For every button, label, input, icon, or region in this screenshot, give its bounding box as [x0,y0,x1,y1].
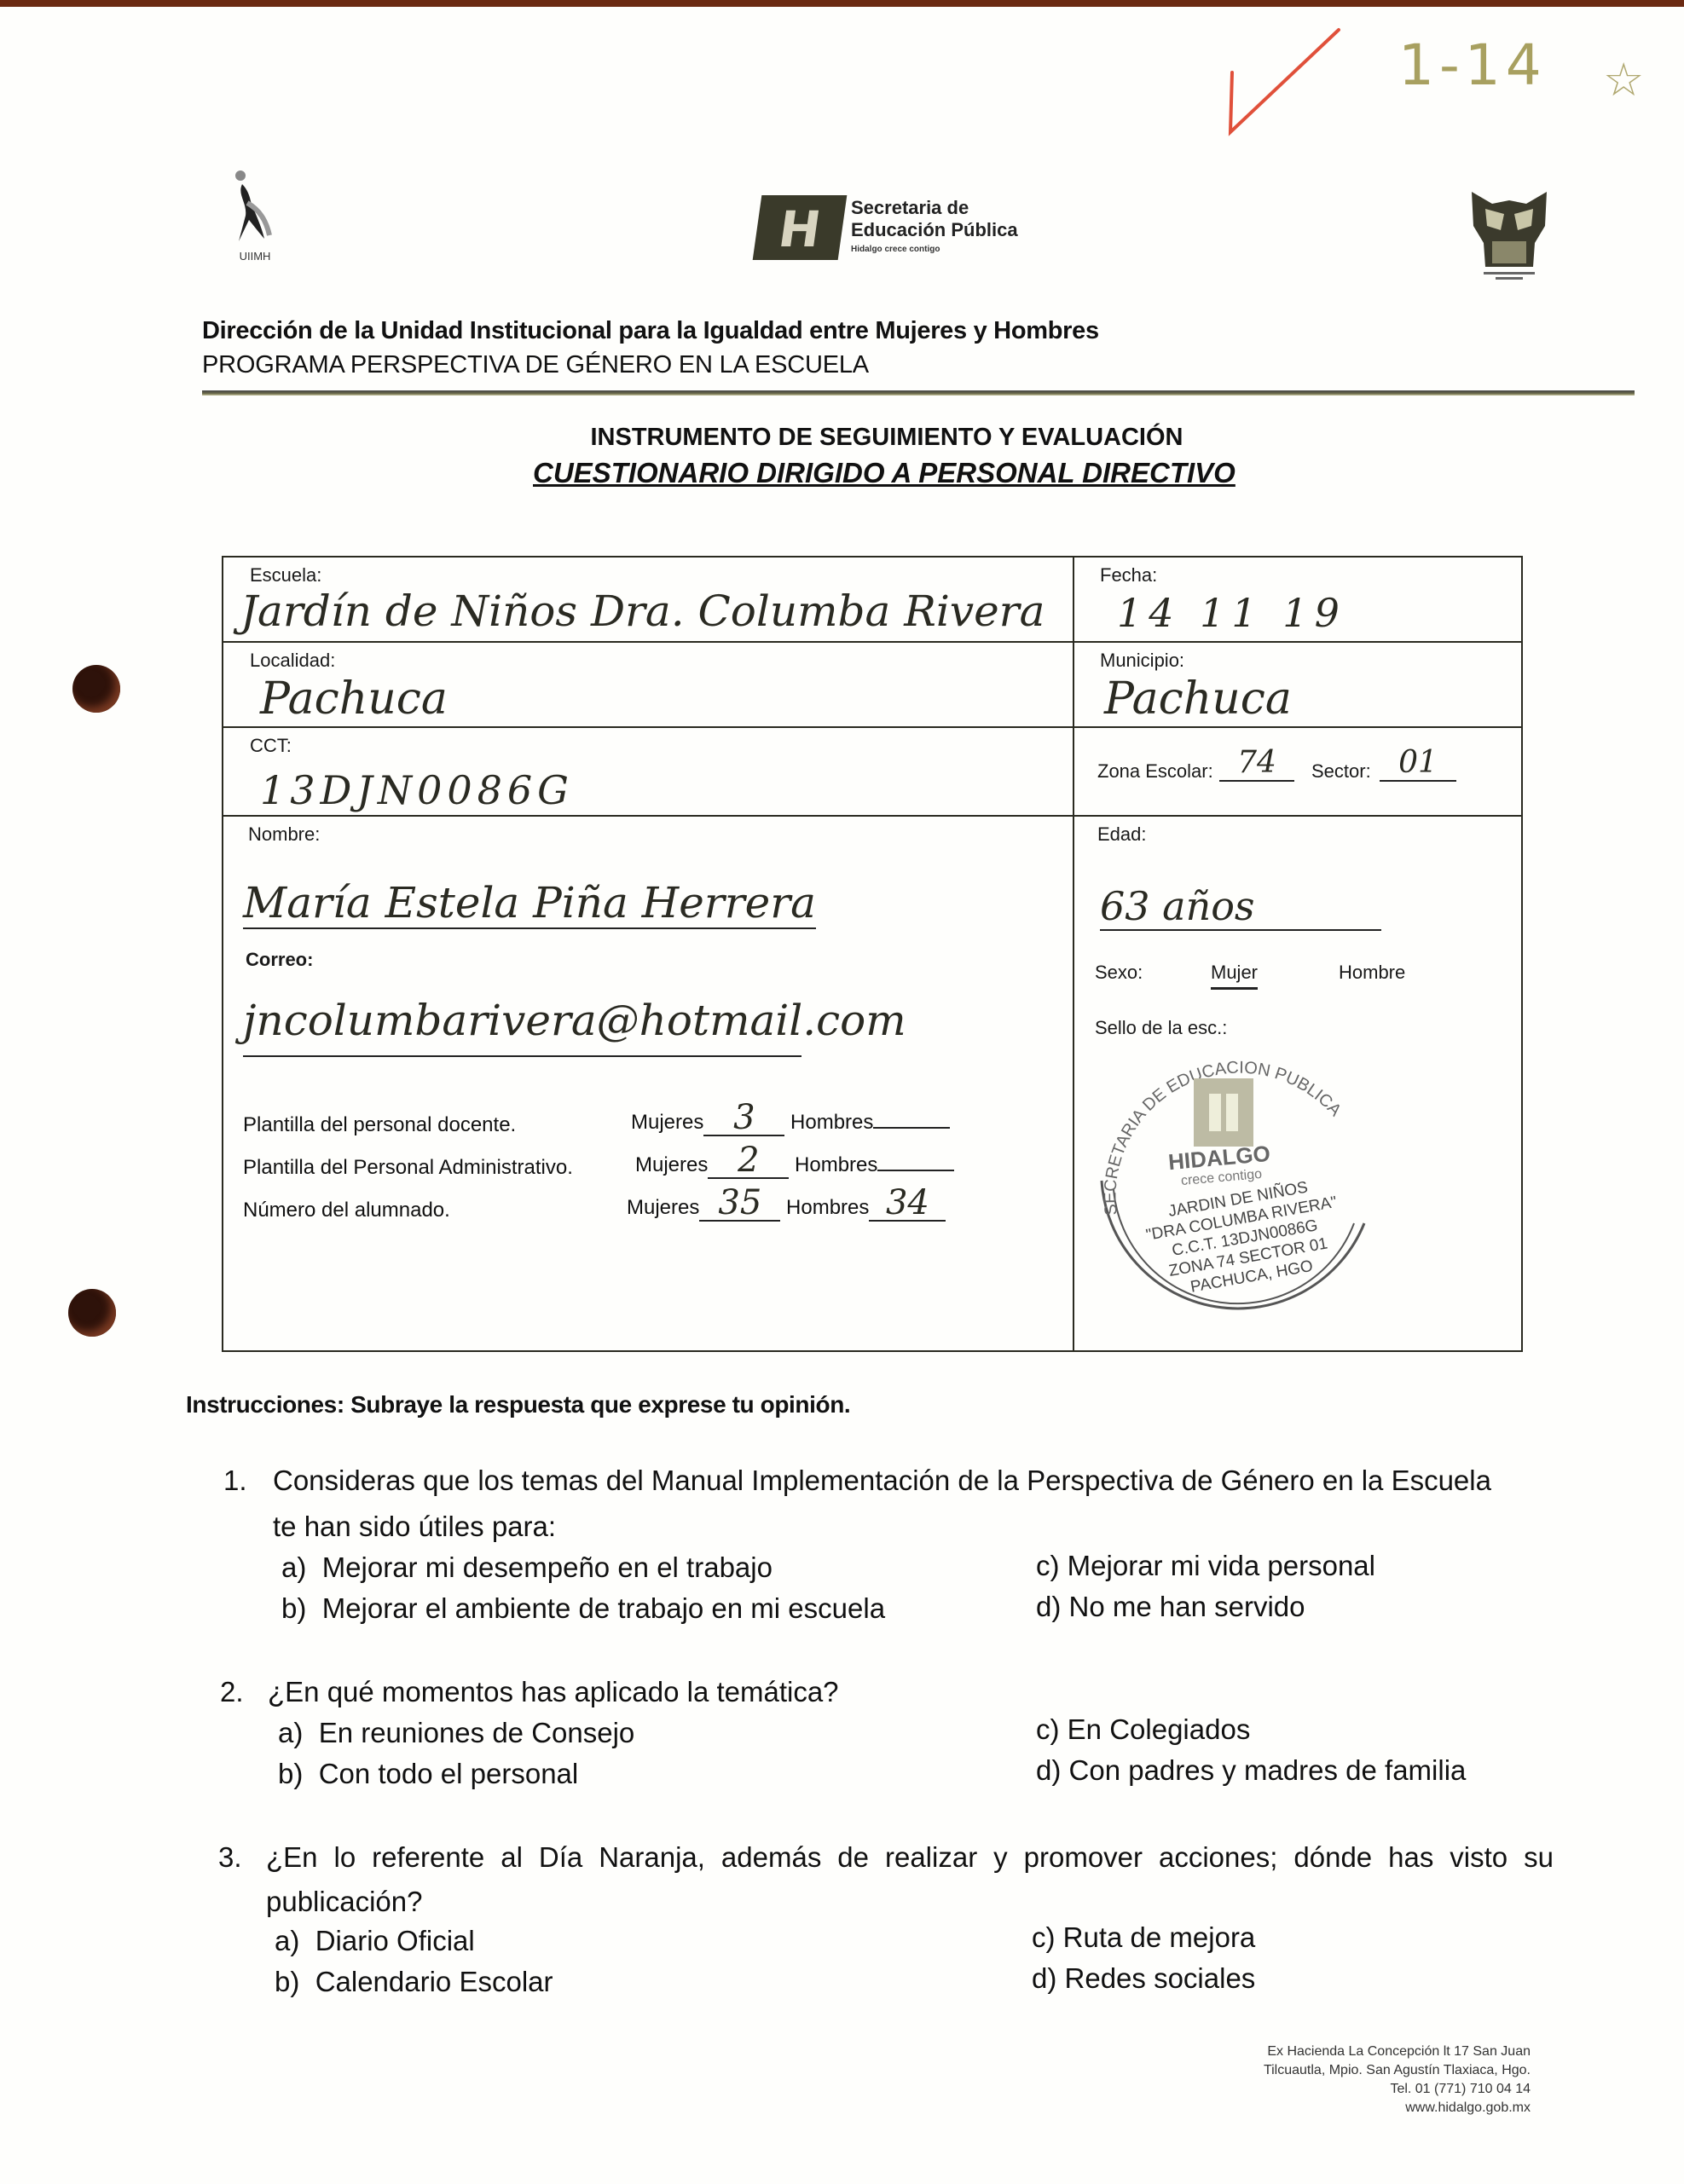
municipio-label: Municipio: [1100,650,1184,672]
footer-website[interactable]: www.hidalgo.gob.mx [1264,2099,1531,2118]
staff-docente-label: Plantilla del personal docente. [243,1113,516,1136]
question-2-number: 2. [220,1676,244,1708]
question-3-number: 3. [218,1841,242,1874]
staff-row: Plantilla del personal docente. [243,1113,516,1137]
form-row-divider [222,641,1523,643]
municipio-field[interactable]: Pachuca [1104,673,1292,725]
footer-line: Ex Hacienda La Concepción lt 17 San Juan [1264,2042,1531,2061]
fecha-field[interactable]: 14 11 19 [1117,590,1346,636]
sep-logo: Secretaria de Educación Pública Hidalgo … [757,192,1030,264]
sexo-option-hombre[interactable]: Hombre [1339,962,1405,984]
sep-logo-line1: Secretaria de [851,197,1018,219]
edad-field[interactable]: 63 años [1100,883,1381,931]
hombres-label: Hombres [795,1153,877,1176]
hombres-label: Hombres [786,1196,869,1219]
state-shield-icon [1467,183,1552,281]
form-column-divider [1073,556,1074,1352]
page-top-edge [0,0,1684,7]
escuela-field[interactable]: Jardín de Niños Dra. Columba Rivera [240,586,1045,636]
question-1-text-cont: te han sido útiles para: [273,1511,556,1543]
cct-field[interactable]: 13DJN0086G [260,767,574,813]
alumnado-mujeres-field[interactable]: 35 [718,1183,761,1222]
question-2-option-d[interactable]: d) Con padres y madres de familia [1036,1754,1466,1787]
edad-label: Edad: [1097,823,1147,846]
question-1-text: Consideras que los temas del Manual Impl… [273,1465,1491,1497]
localidad-label: Localidad: [250,650,335,672]
page-range-annotation: 1-14 [1398,32,1547,98]
mujeres-label: Mujeres [635,1153,708,1176]
star-annotation: ☆ [1603,53,1644,107]
footer-line: Tilcuautla, Mpio. San Agustín Tlaxiaca, … [1264,2061,1531,2080]
escuela-label: Escuela: [250,564,321,586]
alumnado-hombres-field[interactable]: 34 [886,1183,929,1222]
question-2-option-a[interactable]: a) En reuniones de Consejo [278,1717,634,1749]
question-1-option-a[interactable]: a) Mejorar mi desempeño en el trabajo [281,1551,773,1584]
question-3-text: ¿En lo referente al Día Naranja, además … [266,1841,1554,1874]
staff-row: Número del alumnado. [243,1199,450,1222]
question-2-option-c[interactable]: c) En Colegiados [1036,1713,1250,1746]
fecha-label: Fecha: [1100,564,1157,586]
question-3-option-a[interactable]: a) Diario Oficial [275,1925,475,1957]
sector-field[interactable]: 01 [1398,745,1438,780]
sep-logo-tagline: Hidalgo crece contigo [851,245,940,254]
checkmark-icon [1224,26,1343,136]
hombres-label: Hombres [790,1111,873,1134]
institution-title: Dirección de la Unidad Institucional par… [202,317,1099,345]
administrativo-mujeres-field[interactable]: 2 [738,1141,759,1180]
program-title: PROGRAMA PERSPECTIVA DE GÉNERO EN LA ESC… [202,351,869,379]
correo-label: Correo: [246,949,313,971]
staff-row: Plantilla del Personal Administrativo. [243,1156,573,1180]
instrument-title: INSTRUMENTO DE SEGUIMIENTO Y EVALUACIÓN [0,424,1684,452]
punch-hole-bottom [68,1289,116,1337]
instructions-text: Instrucciones: Subraye la respuesta que … [186,1391,850,1418]
footer-address: Ex Hacienda La Concepción lt 17 San Juan… [1264,2042,1531,2118]
punch-hole-top [72,665,120,713]
correo-underline [243,1055,801,1057]
staff-alumnado-label: Número del alumnado. [243,1199,450,1222]
sexo-option-mujer[interactable]: Mujer [1211,962,1258,990]
school-stamp: SECRETARIA DE EDUCACION PUBLICA HIDALGO … [1083,1053,1381,1326]
question-3-option-d[interactable]: d) Redes sociales [1032,1962,1255,1995]
nombre-field[interactable]: María Estela Piña Herrera [243,878,816,929]
uiimh-logo: UIIMH [230,169,290,271]
question-1-option-c[interactable]: c) Mejorar mi vida personal [1036,1550,1375,1582]
sexo-label: Sexo: [1095,962,1143,984]
footer-line: Tel. 01 (771) 710 04 14 [1264,2080,1531,2099]
sep-logo-line2: Educación Pública [851,219,1018,241]
mujeres-label: Mujeres [627,1196,699,1219]
zona-escolar-field[interactable]: 74 [1237,745,1276,780]
question-3-text-cont: publicación? [266,1886,422,1918]
questionnaire-title: CUESTIONARIO DIRIGIDO A PERSONAL DIRECTI… [533,457,1236,489]
question-2-text: ¿En qué momentos has aplicado la temátic… [268,1676,839,1708]
zona-escolar-label: Zona Escolar: [1097,760,1213,783]
uiimh-label: UIIMH [230,250,280,263]
uiimh-figure-icon [230,169,290,246]
correo-field[interactable]: jncolumbarivera@hotmail.com [243,996,906,1045]
cct-label: CCT: [250,735,292,757]
sello-label: Sello de la esc.: [1095,1017,1227,1039]
question-1-option-d[interactable]: d) No me han servido [1036,1591,1305,1623]
question-3-option-c[interactable]: c) Ruta de mejora [1032,1921,1255,1954]
sector-label: Sector: [1311,760,1371,783]
staff-administrativo-label: Plantilla del Personal Administrativo. [243,1156,573,1179]
hidalgo-h-icon [753,195,848,260]
mujeres-label: Mujeres [631,1111,703,1134]
question-1-number: 1. [223,1465,247,1497]
question-2-option-b[interactable]: b) Con todo el personal [278,1758,578,1790]
form-row-divider [222,815,1523,817]
nombre-label: Nombre: [248,823,320,846]
docente-mujeres-field[interactable]: 3 [733,1098,755,1137]
header-divider [202,390,1635,396]
question-3-option-b[interactable]: b) Calendario Escolar [275,1966,553,1998]
form-row-divider [222,726,1523,728]
localidad-field[interactable]: Pachuca [260,673,448,725]
question-1-option-b[interactable]: b) Mejorar el ambiente de trabajo en mi … [281,1592,885,1625]
